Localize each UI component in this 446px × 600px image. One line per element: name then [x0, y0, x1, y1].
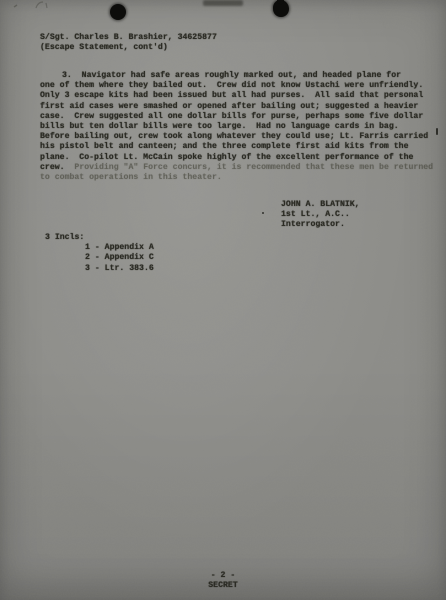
interrogator-name: JOHN A. BLATNIK,	[281, 200, 360, 210]
paragraph-3: 3. Navigator had safe areas roughly mark…	[40, 71, 438, 183]
interrogator-rank: 1st Lt., A.C..	[281, 210, 360, 220]
hole-punch-left	[110, 4, 126, 20]
cutoff-stamp-smudge	[203, 0, 243, 6]
page-number: - 2 -	[0, 571, 446, 581]
body-line: Only 3 escape kits had been issued but a…	[40, 91, 438, 101]
enclosure-item: 2 - Appendix C	[85, 253, 154, 263]
scanned-document-page: S/Sgt. Charles B. Brashier, 34625877 (Es…	[0, 0, 446, 600]
body-line-recommendation: crew. Providing "A" Force concurs, it is…	[40, 163, 438, 173]
page-footer: - 2 - SECRET	[0, 571, 446, 591]
pencil-marks	[4, 0, 74, 14]
enclosures-heading: 3 Incls:	[45, 233, 154, 243]
body-line: case. Crew suggested all one dollar bill…	[40, 112, 438, 122]
classification-stamp: SECRET	[0, 581, 446, 591]
body-line: bills but ten dollar bills were too larg…	[40, 122, 438, 132]
document-header: S/Sgt. Charles B. Brashier, 34625877 (Es…	[40, 33, 217, 53]
body-line: first aid cases were smashed or opened a…	[40, 102, 438, 112]
statement-continuation-line: (Escape Statement, cont'd)	[40, 43, 217, 53]
enclosures-list: 1 - Appendix A 2 - Appendix C 3 - Ltr. 3…	[45, 243, 154, 274]
body-line: 3. Navigator had safe areas roughly mark…	[40, 71, 438, 81]
interrogator-title: Interrogator.	[281, 220, 360, 230]
enclosure-item: 3 - Ltr. 383.6	[85, 264, 154, 274]
enclosure-item: 1 - Appendix A	[85, 243, 154, 253]
hole-punch-right	[273, 0, 289, 17]
body-line: Before bailing out, crew took along what…	[40, 132, 438, 142]
body-line-recommendation-end: to combat operations in this theater.	[40, 173, 438, 183]
body-line: plane. Co-pilot Lt. McCain spoke highly …	[40, 153, 438, 163]
body-line: one of them where they bailed out. Crew …	[40, 81, 438, 91]
subject-name-line: S/Sgt. Charles B. Brashier, 34625877	[40, 33, 217, 43]
body-line-faint-fragment: Providing "A" Force concurs, it is recom…	[65, 163, 434, 172]
enclosures-block: 3 Incls: 1 - Appendix A 2 - Appendix C 3…	[45, 233, 154, 274]
signature-block: JOHN A. BLATNIK, 1st Lt., A.C.. Interrog…	[281, 200, 360, 231]
body-line-dark-fragment: crew.	[40, 163, 65, 172]
body-line: his pistol belt and canteen; and the thr…	[40, 142, 438, 152]
ink-speck	[262, 212, 264, 214]
